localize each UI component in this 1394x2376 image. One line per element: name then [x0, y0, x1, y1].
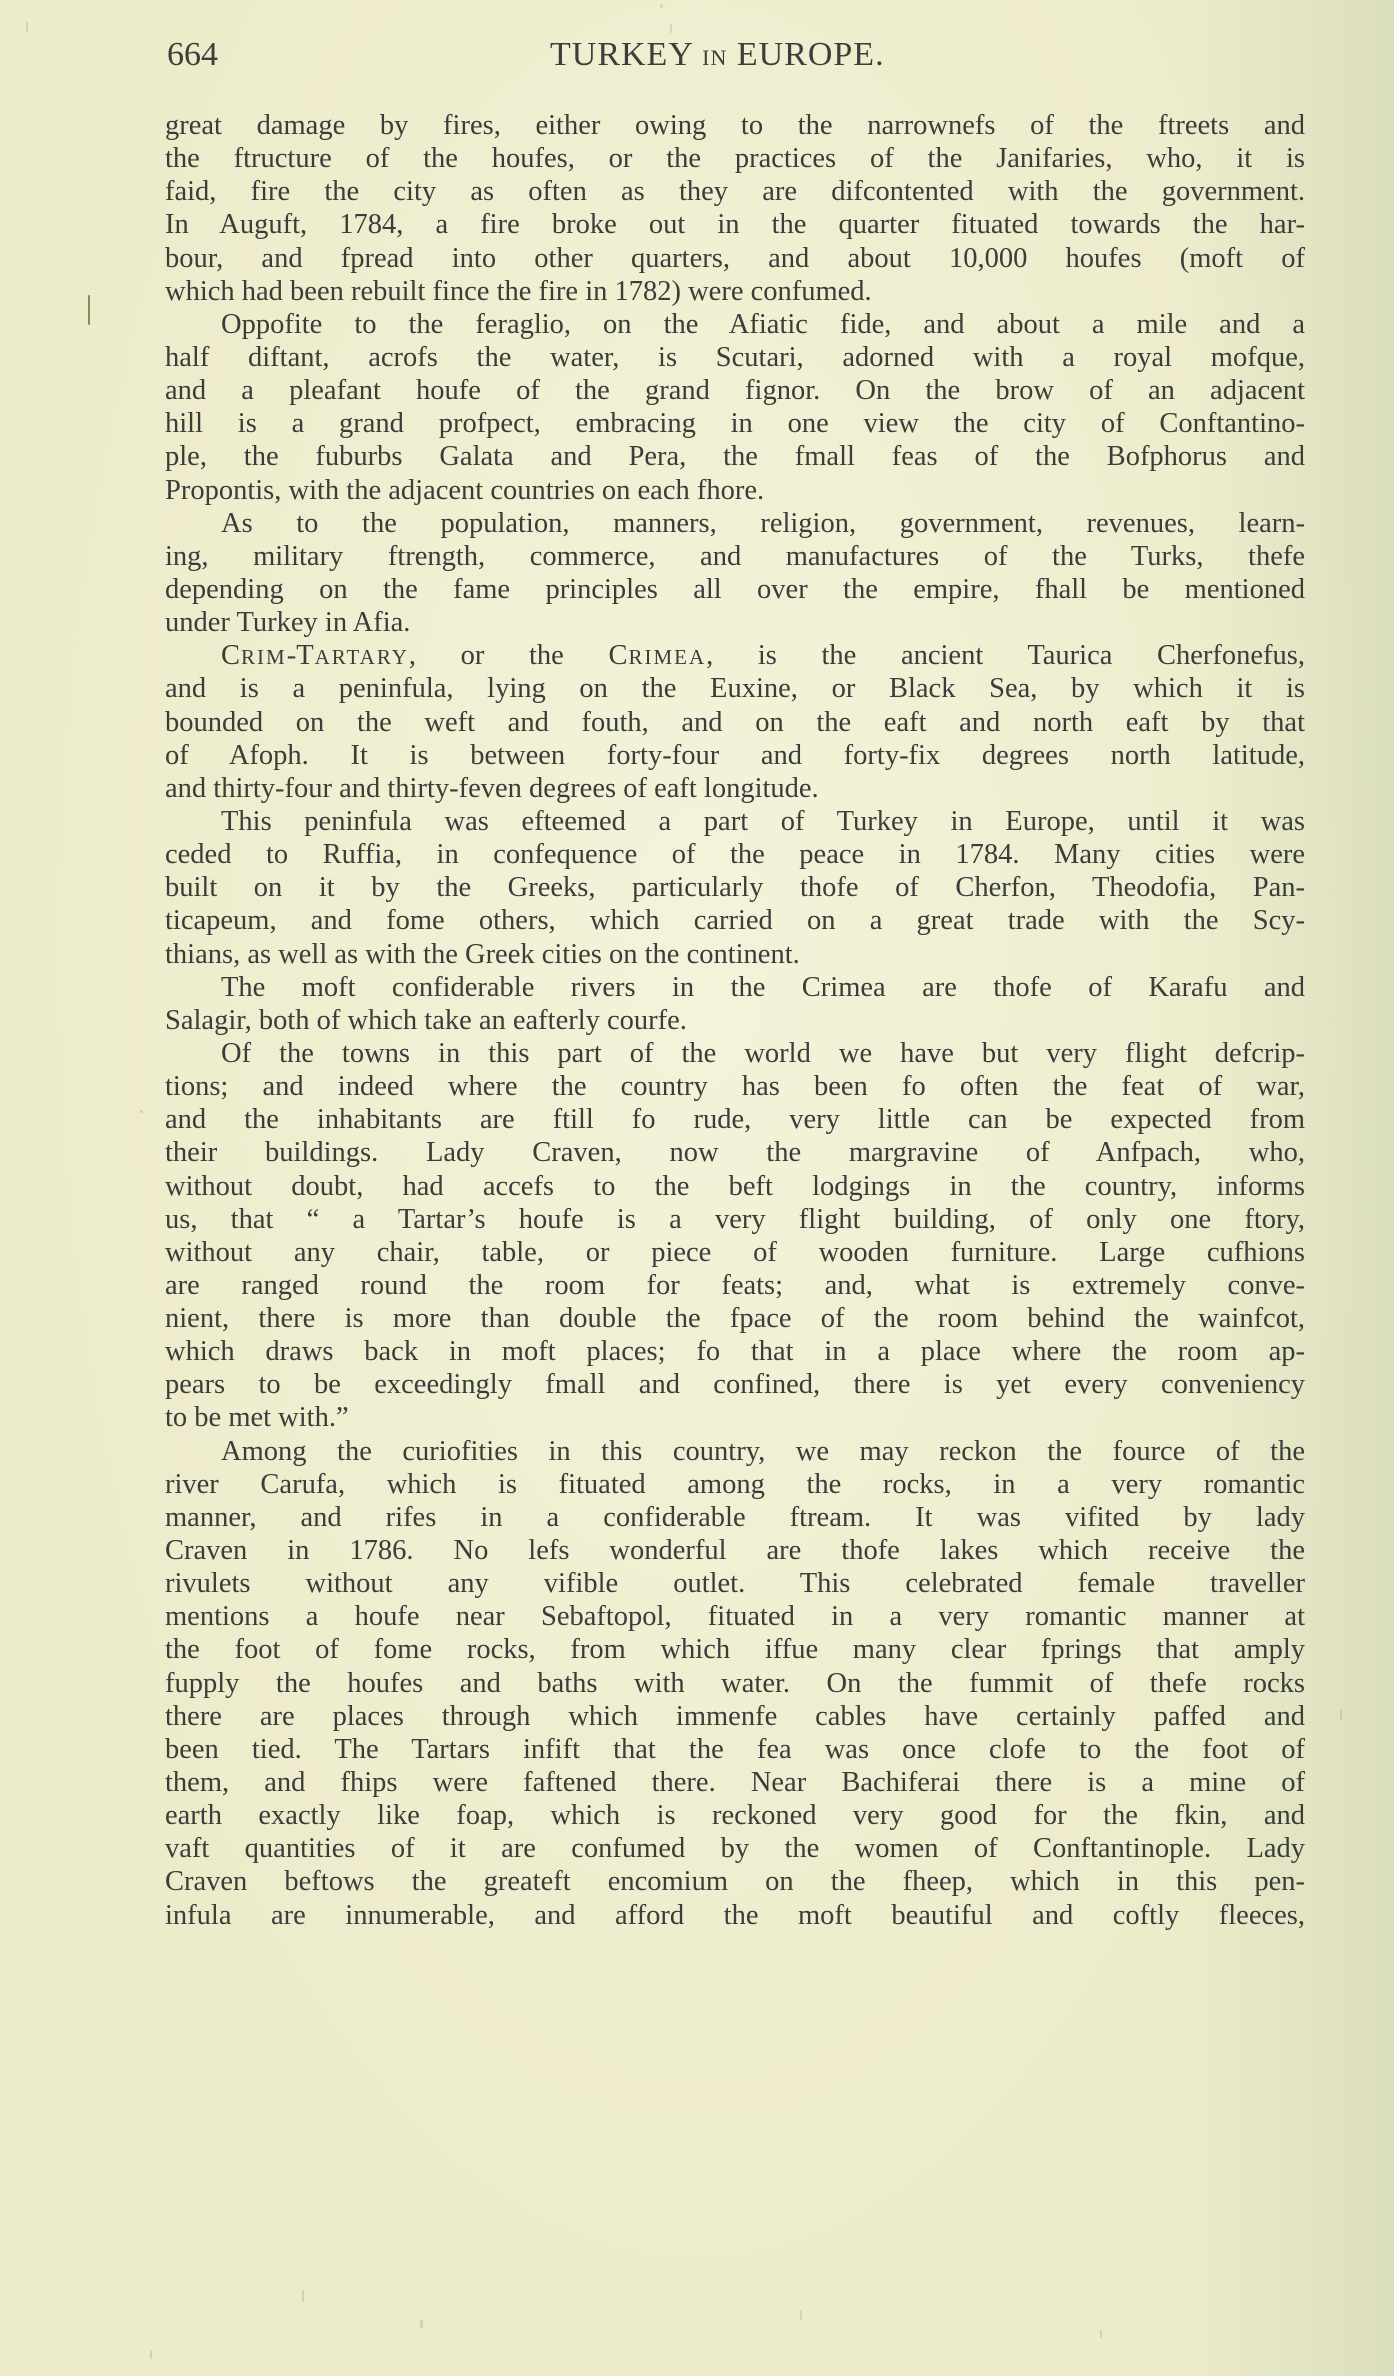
- text-line: river Carufa, which is fituated among th…: [165, 1468, 1305, 1501]
- text-line: ticapeum, and fome others, which carried…: [165, 904, 1305, 937]
- text-line-crim-tartary: CRIM-TARTARY, or the CRIMEA, is the anci…: [165, 639, 1305, 672]
- text-line: Propontis, with the adjacent countries o…: [165, 474, 1305, 507]
- paragraph: This peninfula was efteemed a part of Tu…: [165, 805, 1305, 971]
- text-line: great damage by fires, either owing to t…: [165, 109, 1305, 142]
- text-line: Salagir, both of which take an eafterly …: [165, 1004, 1305, 1037]
- text-line: hill is a grand profpect, embracing in o…: [165, 407, 1305, 440]
- text-line: are ranged round the room for feats; and…: [165, 1269, 1305, 1302]
- text-line: depending on the fame principles all ove…: [165, 573, 1305, 606]
- text-line: ceded to Ruffia, in confequence of the p…: [165, 838, 1305, 871]
- text-line: and the inhabitants are ftill fo rude, v…: [165, 1103, 1305, 1136]
- paragraph: CRIM-TARTARY, or the CRIMEA, is the anci…: [165, 639, 1305, 805]
- text-line: tions; and indeed where the country has …: [165, 1070, 1305, 1103]
- text-line: the ftructure of the houfes, or the prac…: [165, 142, 1305, 175]
- text-line: without doubt, had accefs to the beft lo…: [165, 1170, 1305, 1203]
- text-line: bounded on the weft and fouth, and on th…: [165, 706, 1305, 739]
- text-line: In Auguft, 1784, a fire broke out in the…: [165, 208, 1305, 241]
- text-line: been tied. The Tartars infift that the f…: [165, 1733, 1305, 1766]
- text-line: earth exactly like foap, which is reckon…: [165, 1799, 1305, 1832]
- text-line: which had been rebuilt fince the fire in…: [165, 275, 1305, 308]
- text-line: pears to be exceedingly fmall and confin…: [165, 1368, 1305, 1401]
- text-line: rivulets without any vifible outlet. Thi…: [165, 1567, 1305, 1600]
- text-line: faid, fire the city as often as they are…: [165, 175, 1305, 208]
- text-line: Oppofite to the feraglio, on the Afiatic…: [165, 308, 1305, 341]
- inline-text: , is the ancient Taurica Cherfonefus,: [706, 640, 1305, 671]
- text-line: and is a peninfula, lying on the Euxine,…: [165, 672, 1305, 705]
- text-line: vaft quantities of it are confumed by th…: [165, 1832, 1305, 1865]
- small-caps-text: RIMEA: [628, 645, 706, 669]
- text-line: nient, there is more than double the fpa…: [165, 1302, 1305, 1335]
- small-caps-initial: T: [296, 640, 314, 671]
- paragraph: Of the towns in this part of the world w…: [165, 1037, 1305, 1435]
- hyphen: -: [287, 640, 297, 671]
- text-line: us, that “ a Tartar’s houfe is a very fl…: [165, 1203, 1305, 1236]
- small-caps-text: RIM: [241, 645, 287, 669]
- text-line: Craven in 1786. No lefs wonderful are th…: [165, 1534, 1305, 1567]
- inline-text: , or the: [409, 640, 609, 671]
- text-line: This peninfula was efteemed a part of Tu…: [165, 805, 1305, 838]
- text-line: built on it by the Greeks, particularly …: [165, 871, 1305, 904]
- text-line: under Turkey in Afia.: [165, 606, 1305, 639]
- paragraph: As to the population, manners, religion,…: [165, 507, 1305, 640]
- running-head: 664 TURKEY IN EUROPE.: [165, 36, 1305, 86]
- text-line: ple, the fuburbs Galata and Pera, the fm…: [165, 440, 1305, 473]
- text-line: As to the population, manners, religion,…: [165, 507, 1305, 540]
- running-title: TURKEY IN EUROPE.: [550, 36, 885, 74]
- text-line: the foot of fome rocks, from which iffue…: [165, 1633, 1305, 1666]
- text-line: their buildings. Lady Craven, now the ma…: [165, 1136, 1305, 1169]
- text-line: bour, and fpread into other quarters, an…: [165, 242, 1305, 275]
- text-line: them, and fhips were faftened there. Nea…: [165, 1766, 1305, 1799]
- text-line: The moft confiderable rivers in the Crim…: [165, 971, 1305, 1004]
- title-word-in: IN: [702, 45, 727, 70]
- paragraph: Among the curiofities in this country, w…: [165, 1435, 1305, 1932]
- margin-pencil-mark: [88, 295, 90, 325]
- text-line: infula are innumerable, and afford the m…: [165, 1899, 1305, 1932]
- body-text: great damage by fires, either owing to t…: [165, 109, 1305, 1932]
- text-line: and thirty-four and thirty-feven degrees…: [165, 772, 1305, 805]
- title-word-turkey: TURKEY: [550, 36, 693, 73]
- text-line: of Afoph. It is between forty-four and f…: [165, 739, 1305, 772]
- text-line: to be met with.”: [165, 1401, 1305, 1434]
- page-number: 664: [167, 36, 218, 74]
- small-caps-text: ARTARY: [315, 645, 409, 669]
- text-line: Among the curiofities in this country, w…: [165, 1435, 1305, 1468]
- text-line: Of the towns in this part of the world w…: [165, 1037, 1305, 1070]
- small-caps-initial: C: [608, 640, 628, 671]
- paragraph: The moft confiderable rivers in the Crim…: [165, 971, 1305, 1037]
- paragraph: great damage by fires, either owing to t…: [165, 109, 1305, 308]
- paragraph: Oppofite to the feraglio, on the Afiatic…: [165, 308, 1305, 507]
- text-line: and a pleafant houfe of the grand fignor…: [165, 374, 1305, 407]
- text-line: Craven beftows the greateft encomium on …: [165, 1865, 1305, 1898]
- text-line: which draws back in moft places; fo that…: [165, 1335, 1305, 1368]
- book-page: 664 TURKEY IN EUROPE. great damage by fi…: [0, 0, 1394, 2376]
- text-line: manner, and rifes in a confiderable ftre…: [165, 1501, 1305, 1534]
- text-line: fupply the houfes and baths with water. …: [165, 1667, 1305, 1700]
- title-word-europe: EUROPE.: [737, 36, 885, 73]
- text-line: half diftant, acrofs the water, is Scuta…: [165, 341, 1305, 374]
- text-line: mentions a houfe near Sebaftopol, fituat…: [165, 1600, 1305, 1633]
- text-line: without any chair, table, or piece of wo…: [165, 1236, 1305, 1269]
- text-line: thians, as well as with the Greek cities…: [165, 938, 1305, 971]
- text-line: there are places through which immenfe c…: [165, 1700, 1305, 1733]
- small-caps-initial: C: [221, 640, 241, 671]
- text-line: ing, military ftrength, commerce, and ma…: [165, 540, 1305, 573]
